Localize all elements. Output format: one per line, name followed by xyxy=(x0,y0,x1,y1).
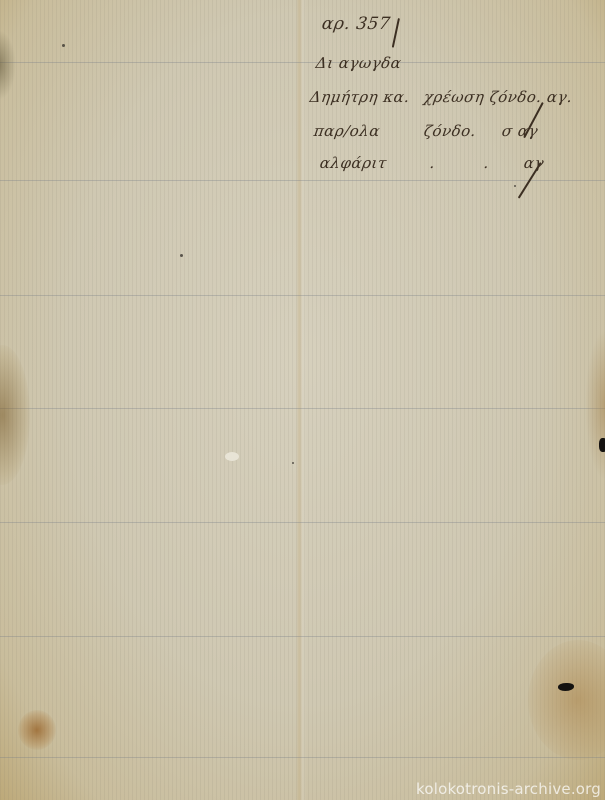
handwritten-line-3-part-3: σ αγ xyxy=(501,122,540,140)
stain-bottom-left xyxy=(18,710,56,750)
handwritten-line-4-part-3: . xyxy=(483,154,491,172)
handwritten-line-1: Δι αγωγδα xyxy=(315,54,403,72)
stain-left-edge xyxy=(0,345,30,485)
ruled-line xyxy=(0,636,605,637)
ink-speck xyxy=(62,44,65,47)
ruled-line xyxy=(0,62,605,63)
stain-left-top xyxy=(0,30,16,100)
edge-tear xyxy=(599,438,605,452)
stain-right-edge xyxy=(585,330,605,480)
ruled-line xyxy=(0,408,605,409)
handwritten-line-3-part-2: ζόνδο. xyxy=(423,122,478,140)
scanned-document-page: αρ. 357 Δι αγωγδα Δημήτρη κα. χρέωση ζόν… xyxy=(0,0,605,800)
ruled-line xyxy=(0,522,605,523)
ruled-line xyxy=(0,180,605,181)
pen-stroke xyxy=(392,18,400,48)
reference-number: αρ. 357 xyxy=(321,14,392,34)
ink-speck xyxy=(180,254,183,257)
handwritten-line-2-part-2: χρέωση ζόνδο. αγ. xyxy=(423,88,574,106)
handwritten-line-2-part-1: Δημήτρη κα. xyxy=(309,88,411,106)
paper-blister xyxy=(225,452,239,461)
stain-bottom-right xyxy=(528,640,605,760)
handwritten-line-4-part-2: . xyxy=(429,154,437,172)
ink-speck xyxy=(292,462,294,464)
handwritten-line-3-part-1: παρ/ολα xyxy=(313,122,382,140)
archive-watermark: kolokotronis-archive.org xyxy=(416,780,601,798)
ink-speck xyxy=(514,185,516,187)
ruled-line xyxy=(0,757,605,758)
center-fold-crease xyxy=(296,0,306,800)
handwritten-line-4-part-1: αλφάριτ xyxy=(319,154,388,172)
ruled-line xyxy=(0,295,605,296)
